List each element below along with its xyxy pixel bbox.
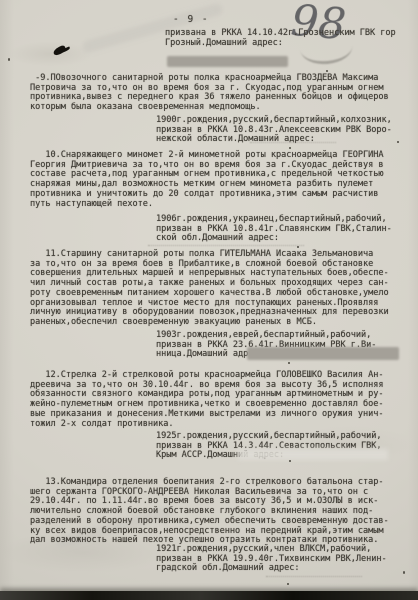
faded-address-smudge — [238, 449, 388, 460]
scanned-document-page: - 9 - 98 призвана в РККА 14.10.42г.Грозн… — [0, 0, 418, 600]
entry-13-bio: 1921г.рождения,русский,член ВЛКСМ,рабочи… — [156, 545, 387, 574]
typed-period — [297, 246, 299, 248]
entry-10-citation: 10.Снаряжающего миномет 2-й минометной р… — [30, 151, 384, 209]
typed-period — [288, 362, 290, 364]
pencil-mark — [300, 46, 353, 66]
scan-edge-band — [0, 591, 418, 600]
typed-period — [289, 147, 291, 149]
paper-speck — [8, 58, 10, 61]
typed-period — [397, 141, 399, 143]
entry-12-citation: 12.Стрелка 2-й стрелковой роты красноарм… — [30, 371, 384, 429]
entry-10-bio: 1906г.рождения,украинец,беспартийный,раб… — [156, 215, 392, 244]
ink-blot — [52, 45, 67, 57]
typed-period — [289, 460, 291, 462]
typed-comma — [403, 571, 405, 574]
redaction-bar — [247, 347, 399, 360]
entry-11-citation: 11.Старшину санитарной роты полка ГИТЕЛЬ… — [30, 250, 389, 328]
faded-address-line — [266, 576, 362, 577]
page-number: - 9 - — [173, 14, 209, 25]
entry-13-citation: 13.Командира отделения боепитания 2-го с… — [30, 478, 389, 546]
entry-9-bio: 1900г.рождения,русский,беспартийный,колх… — [156, 116, 392, 145]
typed-period — [287, 583, 289, 585]
typed-period — [326, 70, 328, 72]
carryover-text: призвана в РККА 14.10.42г.Грозненским ГВ… — [165, 29, 396, 48]
faded-address-line — [250, 142, 336, 143]
entry-9-citation: -9.ПОвозочного санитарной роты полка кра… — [30, 74, 389, 113]
redaction-bar — [167, 56, 288, 67]
faded-address-line — [148, 245, 304, 246]
